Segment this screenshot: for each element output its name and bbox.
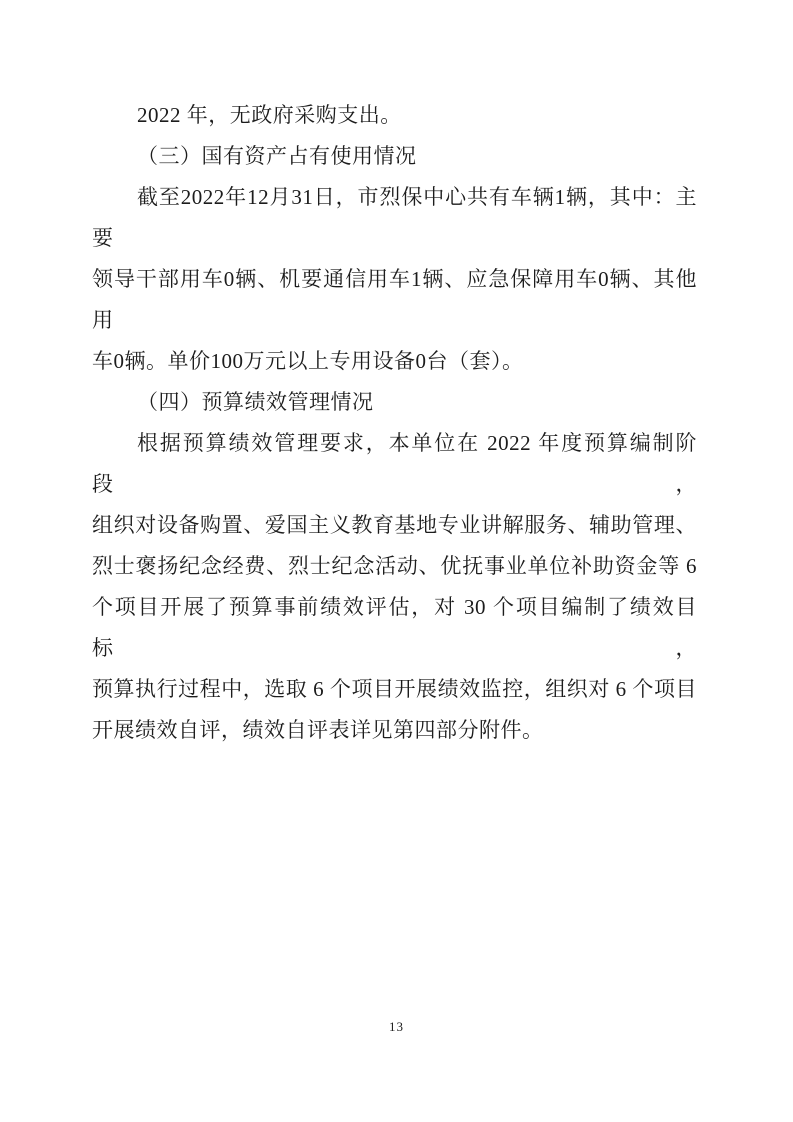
paragraph-line: 开展绩效自评，绩效自评表详见第四部分附件。: [92, 710, 697, 751]
paragraph-line: 2022 年，无政府采购支出。: [92, 95, 697, 136]
paragraph-line: 预算执行过程中，选取 6 个项目开展绩效监控，组织对 6 个项目: [92, 669, 697, 710]
paragraph-line: 根据预算绩效管理要求，本单位在 2022 年度预算编制阶段，: [92, 423, 697, 505]
section-heading-three: （三）国有资产占有使用情况: [92, 136, 697, 177]
paragraph-line: 烈士褒扬纪念经费、烈士纪念活动、优抚事业单位补助资金等 6: [92, 546, 697, 587]
paragraph-line: 组织对设备购置、爱国主义教育基地专业讲解服务、辅助管理、: [92, 505, 697, 546]
paragraph-line: 个项目开展了预算事前绩效评估，对 30 个项目编制了绩效目标，: [92, 587, 697, 669]
page-number: 13: [0, 1019, 793, 1035]
document-body: 2022 年，无政府采购支出。 （三）国有资产占有使用情况 截至2022年12月…: [92, 95, 697, 751]
paragraph-line: 截至2022年12月31日，市烈保中心共有车辆1辆，其中：主要: [92, 177, 697, 259]
paragraph-line: 车0辆。单价100万元以上专用设备0台（套）。: [92, 341, 697, 382]
section-heading-four: （四）预算绩效管理情况: [92, 382, 697, 423]
paragraph-line: 领导干部用车0辆、机要通信用车1辆、应急保障用车0辆、其他用: [92, 259, 697, 341]
document-page: 2022 年，无政府采购支出。 （三）国有资产占有使用情况 截至2022年12月…: [0, 0, 793, 1122]
